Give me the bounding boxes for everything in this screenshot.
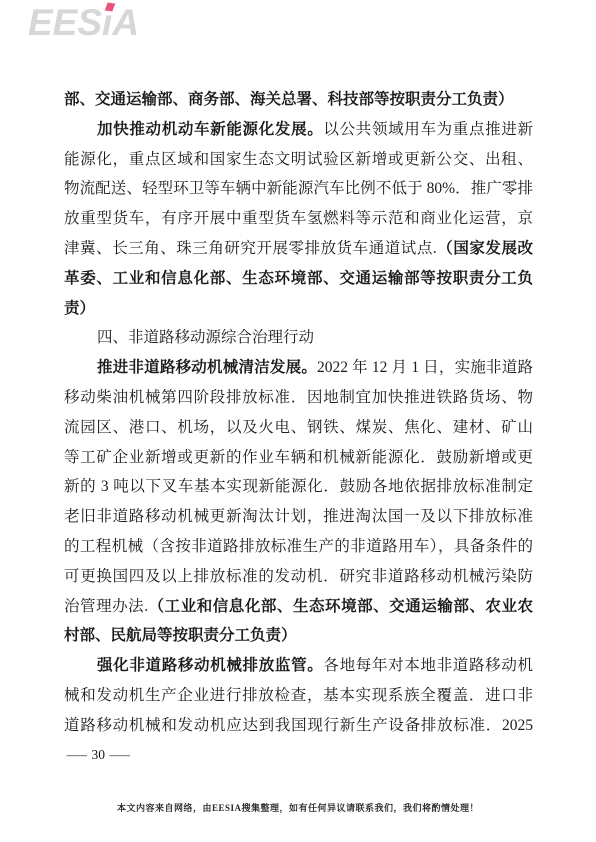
text-segment: 的工程机械（含按非道路排放标准生产的非道路用车），具备条件的 [64, 538, 533, 555]
logo-letter-i: ı [102, 2, 112, 44]
bold-text-segment: 强化非道路移动机械排放监管。 [97, 657, 323, 674]
text-line: 新的 3 吨以下叉车基本实现新能源化．鼓励各地依据排放标准制定 [64, 472, 533, 502]
bold-text-segment: 革委、工业和信息化部、生态环境部、交通运输部等按职责分工负 [64, 270, 533, 287]
text-line: 治管理办法.（工业和信息化部、生态环境部、交通运输部、农业农 [64, 592, 533, 622]
text-line: 等工矿企业新增或更新的作业车辆和机械新能源化．鼓励新增或更 [64, 443, 533, 473]
bold-text-segment: 加快推动机动车新能源化发展。 [97, 121, 323, 138]
text-segment: 道路移动机械和发动机应达到我国现行新生产设备排放标准．2025 [64, 717, 533, 734]
text-line: 推进非道路移动机械清洁发展。2022 年 12 月 1 日，实施非道路 [64, 353, 533, 383]
text-segment: 各地每年对本地非道路移动机 [323, 657, 533, 674]
page-number-left-dash: — [67, 746, 87, 764]
bold-text-segment: 推进非道路移动机械清洁发展。 [97, 359, 317, 376]
bold-text-segment: （工业和信息化部、生态环境部、交通运输部、农业农 [148, 598, 533, 615]
text-line: 的工程机械（含按非道路排放标准生产的非道路用车），具备条件的 [64, 532, 533, 562]
text-line: 四、非道路移动源综合治理行动 [64, 323, 533, 353]
text-segment: 物流配送、轻型环卫等车辆中新能源汽车比例不低于 80%．推广零排 [64, 180, 533, 197]
text-segment: 以公共领域用车为重点推进新 [323, 121, 533, 138]
text-line: 物流配送、轻型环卫等车辆中新能源汽车比例不低于 80%．推广零排 [64, 174, 533, 204]
text-line: 能源化，重点区域和国家生态文明试验区新增或更新公交、出租、 [64, 145, 533, 175]
bold-text-segment: 村部、民航局等按职责分工负责） [64, 627, 297, 644]
document-page: EESıA 部、交通运输部、商务部、海关总署、科技部等按职责分工负责）加快推动机… [0, 0, 596, 842]
text-line: 放重型货车，有序开展中重型货车氢燃料等示范和商业化运营，京 [64, 204, 533, 234]
text-line: 责） [64, 294, 533, 324]
text-line: 加快推动机动车新能源化发展。以公共领域用车为重点推进新 [64, 115, 533, 145]
text-segment: 2022 年 12 月 1 日，实施非道路 [317, 359, 533, 376]
bold-text-segment: 责） [64, 300, 95, 317]
text-segment: 放重型货车，有序开展中重型货车氢燃料等示范和商业化运营，京 [64, 210, 533, 227]
logo-text-ees: EES [28, 2, 102, 43]
text-segment: 四、非道路移动源综合治理行动 [97, 329, 314, 346]
page-number: —30— [62, 746, 135, 764]
text-line: 道路移动机械和发动机应达到我国现行新生产设备排放标准．2025 [64, 711, 533, 741]
eesia-logo: EESıA [28, 2, 139, 44]
page-number-value: 30 [92, 747, 106, 762]
text-segment: 可更换国四及以上排放标准的发动机．研究非道路移动机械污染防 [64, 568, 533, 585]
text-segment: 能源化，重点区域和国家生态文明试验区新增或更新公交、出租、 [64, 151, 533, 168]
text-segment: 等工矿企业新增或更新的作业车辆和机械新能源化．鼓励新增或更 [64, 449, 533, 466]
text-line: 革委、工业和信息化部、生态环境部、交通运输部等按职责分工负 [64, 264, 533, 294]
text-line: 村部、民航局等按职责分工负责） [64, 621, 533, 651]
text-line: 流园区、港口、机场，以及火电、钢铁、煤炭、焦化、建材、矿山 [64, 413, 533, 443]
text-segment: 老旧非道路移动机械更新淘汰计划，推进淘汰国一及以下排放标准 [64, 508, 533, 525]
text-line: 移动柴油机械第四阶段排放标准．因地制宜加快推进铁路货场、物 [64, 383, 533, 413]
text-line: 强化非道路移动机械排放监管。各地每年对本地非道路移动机 [64, 651, 533, 681]
bold-text-segment: 部、交通运输部、商务部、海关总署、科技部等按职责分工负责） [64, 91, 514, 108]
text-segment: 流园区、港口、机场，以及火电、钢铁、煤炭、焦化、建材、矿山 [64, 419, 533, 436]
text-line: 津冀、长三角、珠三角研究开展零排放货车通道试点.（国家发展改 [64, 234, 533, 264]
text-segment: 治管理办法. [64, 598, 148, 615]
text-segment: 新的 3 吨以下叉车基本实现新能源化．鼓励各地依据排放标准制定 [64, 478, 533, 495]
text-line: 部、交通运输部、商务部、海关总署、科技部等按职责分工负责） [64, 85, 533, 115]
disclaimer-text: 本文内容来自网络，由EESIA搜集整理，如有任何异议请联系我们，我们将酌情处理！ [0, 801, 596, 815]
text-line: 械和发动机生产企业进行排放检查，基本实现系族全覆盖．进口非 [64, 681, 533, 711]
page-number-right-dash: — [110, 746, 130, 764]
text-segment: 移动柴油机械第四阶段排放标准．因地制宜加快推进铁路货场、物 [64, 389, 533, 406]
bold-text-segment: （国家发展改 [437, 240, 533, 257]
text-segment: 津冀、长三角、珠三角研究开展零排放货车通道试点. [64, 240, 437, 257]
logo-text-a: A [112, 2, 139, 43]
document-body: 部、交通运输部、商务部、海关总署、科技部等按职责分工负责）加快推动机动车新能源化… [64, 85, 533, 741]
text-segment: 械和发动机生产企业进行排放检查，基本实现系族全覆盖．进口非 [64, 687, 533, 704]
text-line: 可更换国四及以上排放标准的发动机．研究非道路移动机械污染防 [64, 562, 533, 592]
text-line: 老旧非道路移动机械更新淘汰计划，推进淘汰国一及以下排放标准 [64, 502, 533, 532]
